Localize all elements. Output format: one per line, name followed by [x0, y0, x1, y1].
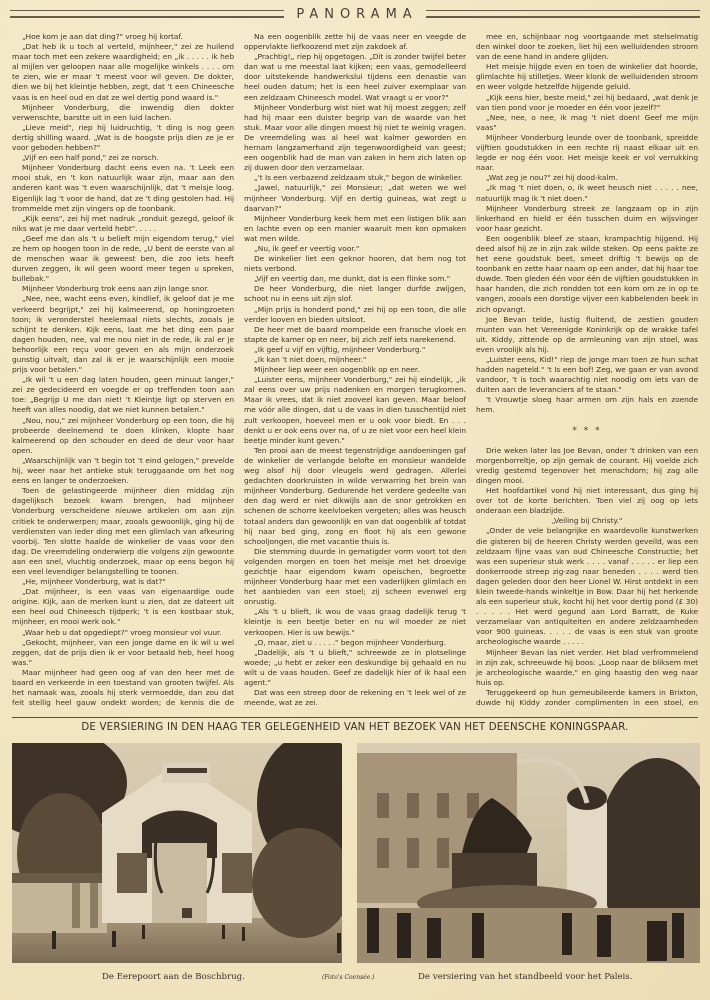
- paragraph: „Onder de vele belangrijke en waardevoll…: [476, 526, 698, 647]
- column-right: mee en, schijnbaar nog voortgaande met s…: [476, 32, 698, 707]
- article-columns: „Hoe kom je aan dat ding?" vroeg hij kor…: [12, 32, 700, 707]
- paragraph: Mijnheer Vonderburg dacht eens even na. …: [12, 163, 234, 213]
- paragraph: „Geef me dan als 't u belieft mijn eigen…: [12, 234, 234, 284]
- paragraph: 't Vrouwtje sloeg haar armen om zijn hal…: [476, 395, 698, 415]
- paragraph: Het meisje hijgde even en toen de winkel…: [476, 62, 698, 92]
- column-left: „Hoe kom je aan dat ding?" vroeg hij kor…: [12, 32, 234, 707]
- paragraph: „Mijn prijs is honderd pond," zei hij op…: [244, 305, 466, 325]
- paragraph: Het hoofdartikel vond hij niet interessa…: [476, 486, 698, 516]
- paragraph: De winkelier liet een geknor hooren, dat…: [244, 254, 466, 274]
- paragraph: Joe Bevan telde, lustig fluitend, de zes…: [476, 315, 698, 355]
- paragraph: Mijnheer Vonderburg wist niet wat hij mo…: [244, 103, 466, 174]
- statue-photo-illustration: [357, 743, 700, 963]
- paragraph: „Nee, nee, wacht eens even, kindlief, ik…: [12, 294, 234, 375]
- paragraph: „Dat heb ik u toch al verteld, mijnheer,…: [12, 42, 234, 103]
- paragraph: „Als 't u blieft, ik wou de vaas graag d…: [244, 607, 466, 637]
- paragraph: „Nu, ik geef er veertig voor.": [244, 244, 466, 254]
- paragraph: „Jawel, natuurlijk," zei Monsieur; „dat …: [244, 183, 466, 213]
- paragraph: „Luister eens, Kid!" riep de jonge man t…: [476, 355, 698, 395]
- paragraph: Mijnheer Vonderburg trok eens aan zijn l…: [12, 284, 234, 294]
- paragraph: „Vijf en veertig dan, me dunkt, dat is e…: [244, 274, 466, 284]
- masthead-rule-left: [10, 10, 284, 18]
- paragraph: Teruggekeerd op hun gemeubileerde kamers…: [476, 688, 698, 707]
- paragraph: „Kijk eens hier, beste meid," zei hij be…: [476, 93, 698, 113]
- news-heading: „Veiling bij Christy.": [476, 516, 698, 526]
- paragraph: De heer met de baard mompelde een fransc…: [244, 325, 466, 345]
- paragraph: Maar mijnheer had geen oog af van den he…: [12, 668, 234, 707]
- masthead: PANORAMA: [10, 2, 700, 26]
- photo-standbeeld: [357, 743, 700, 963]
- paragraph: mee en, schijnbaar nog voortgaande met s…: [476, 32, 698, 62]
- paragraph: Mijnheer liep weer een oogenblik op en n…: [244, 365, 466, 375]
- photo-headline: DE VERSIERING IN DEN HAAG TER GELEGENHEI…: [0, 722, 710, 733]
- section-divider: [12, 717, 698, 718]
- paragraph: Die stemming duurde in gematigder vorm v…: [244, 547, 466, 608]
- paragraph: „Nee, nee, o nee, ik mag 't niet doen! G…: [476, 113, 698, 133]
- paragraph: „O, maar, ziet u . . . . ." begon mijnhe…: [244, 638, 466, 648]
- paragraph: „Lieve meid", riep hij luidruchtig, 't d…: [12, 123, 234, 153]
- caption-standbeeld: De versiering van het standbeeld voor he…: [418, 972, 632, 982]
- masthead-rule-right: [426, 10, 700, 18]
- paragraph: „Ik geef u vijf en vijftig, mijnheer Von…: [244, 345, 466, 355]
- paragraph: „Prachtig!„ riep hij opgetogen. „Dit is …: [244, 52, 466, 102]
- paragraph: De heer Vonderburg, die niet langer durf…: [244, 284, 466, 304]
- paragraph: Dat was een streep door de rekening en '…: [244, 688, 466, 707]
- paragraph: Mijnheer Vonderburg streek ze langzaam o…: [476, 204, 698, 234]
- paragraph: Drie weken later las Joe Bevan, onder 't…: [476, 446, 698, 486]
- paragraph: Mijnheer Bevan las niet verder. Het blad…: [476, 648, 698, 688]
- paragraph: „He, mijnheer Vonderburg, wat is dat?": [12, 577, 234, 587]
- masthead-title: PANORAMA: [284, 7, 425, 22]
- paragraph: Mijnheer Vonderburg, die inwendig dien d…: [12, 103, 234, 123]
- paragraph: „Vijf en een half pond," zei ze norsch.: [12, 153, 234, 163]
- paragraph: „Luister eens, mijnheer Vonderburg," zei…: [244, 375, 466, 446]
- caption-eerepoort: De Eerepoort aan de Boschbrug.: [102, 972, 245, 982]
- paragraph: Mijnheer Vonderburg keek hem met een lis…: [244, 214, 466, 244]
- paragraph: „Waarschijnlijk van 't begin tot 't eind…: [12, 456, 234, 486]
- paragraph: Toen de gelastingeerde mijnheer dien mid…: [12, 486, 234, 577]
- paragraph: „Gekocht, mijnheer, van een jonge dame e…: [12, 638, 234, 668]
- column-middle: Na een oogenblik zette hij de vaas neer …: [244, 32, 466, 707]
- paragraph: „Ik kan 't niet doen, mijnheer.": [244, 355, 466, 365]
- paragraph: Na een oogenblik zette hij de vaas neer …: [244, 32, 466, 52]
- paragraph: Ten prooi aan de meest tegenstrijdige aa…: [244, 446, 466, 547]
- arch-photo-illustration: [12, 743, 342, 963]
- paragraph: „Ik wil 't u een dag laten houden, geen …: [12, 375, 234, 415]
- section-separator: * * *: [476, 426, 698, 436]
- paragraph: „Dadelijk, als 't u blieft," schreewde z…: [244, 648, 466, 688]
- photo-credit: (Foto's Coensée.): [322, 974, 375, 981]
- paragraph: „Wat zeg je nou?" zei hij dood-kalm.: [476, 173, 698, 183]
- paragraph: „Hoe kom je aan dat ding?" vroeg hij kor…: [12, 32, 234, 42]
- paragraph: „Kijk eens", zei hij met nadruk „ronduit…: [12, 214, 234, 234]
- paragraph: „'t Is een verbazend zeldzaam stuk," beg…: [244, 173, 466, 183]
- paragraph: „Waar heb u dat opgediept?" vroeg monsie…: [12, 628, 234, 638]
- paragraph: „Ik mag 't niet doen, o, ik weet heusch …: [476, 183, 698, 203]
- photo-eerepoort: [12, 743, 342, 963]
- magazine-page: PANORAMA „Hoe kom je aan dat ding?" vroe…: [0, 0, 710, 1000]
- paragraph: Mijnheer Vonderburg leunde over de toonb…: [476, 133, 698, 173]
- paragraph: Een oogenblik bleef ze staan, krampachti…: [476, 234, 698, 315]
- paragraph: „Nou, nou," zei mijnheer Vonderburg op e…: [12, 416, 234, 456]
- paragraph: „Dat mijnheer, is een vaas van eigenaard…: [12, 587, 234, 627]
